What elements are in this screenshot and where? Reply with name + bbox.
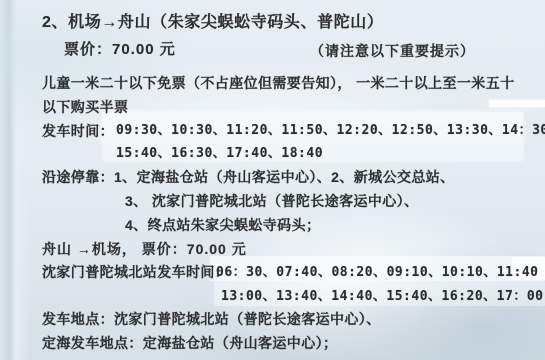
return-times-row1: 06：30、07:40、08:20、09:10、10:10、11:40 <box>216 261 538 280</box>
child-policy-line1: 儿童一米二十以下免票（不占座位但需要告知）， 一米二十以上至一米五十 <box>42 73 515 93</box>
stops-line2: 3、 沈家门普陀城北站（普陀长途客运中心）、 <box>125 191 418 211</box>
important-notice: （请注意以下重要提示） <box>310 41 475 61</box>
departure-times-row2: 15:40、16:30、17:40、18:40 <box>116 142 323 161</box>
child-policy-line2: 以下购买半票 <box>42 97 128 117</box>
departure-location-line2: 定海发车地点：定海盐仓站（舟山客运中心）； <box>42 333 337 353</box>
departure-times-label: 发车时间： <box>42 121 114 141</box>
departure-times-row1: 09:30、10:30、11:20、11:50、12:20、12:50、13:3… <box>116 119 545 138</box>
route1-title: 2、机场→舟山（朱家尖蜈蚣寺码头、普陀山） <box>42 9 384 32</box>
stops-line1: 沿途停靠：1、定海盐仓站（舟山客运中心）、2、新城公交总站、 <box>42 167 455 187</box>
bus-schedule-notice: 2、机场→舟山（朱家尖蜈蚣寺码头、普陀山） 票价：70.00 元 （请注意以下重… <box>0 0 545 360</box>
departure-location-line1: 发车地点：沈家门普陀城北站（普陀长途客运中心）、 <box>42 309 381 329</box>
white-patch-artifact <box>489 100 545 107</box>
stops-line3: 4、终点站朱家尖蜈蚣寺码头； <box>125 215 320 235</box>
return-times-row2: 13:00、13:40、14:40、15:40、16:20、17：00 <box>221 285 543 304</box>
return-times-label: 沈家门普陀城北站发车时间： <box>42 262 229 282</box>
route1-price: 票价：70.00 元 <box>64 38 176 59</box>
route2-title: 舟山 →机场， 票价：70.00 元 <box>42 239 247 259</box>
